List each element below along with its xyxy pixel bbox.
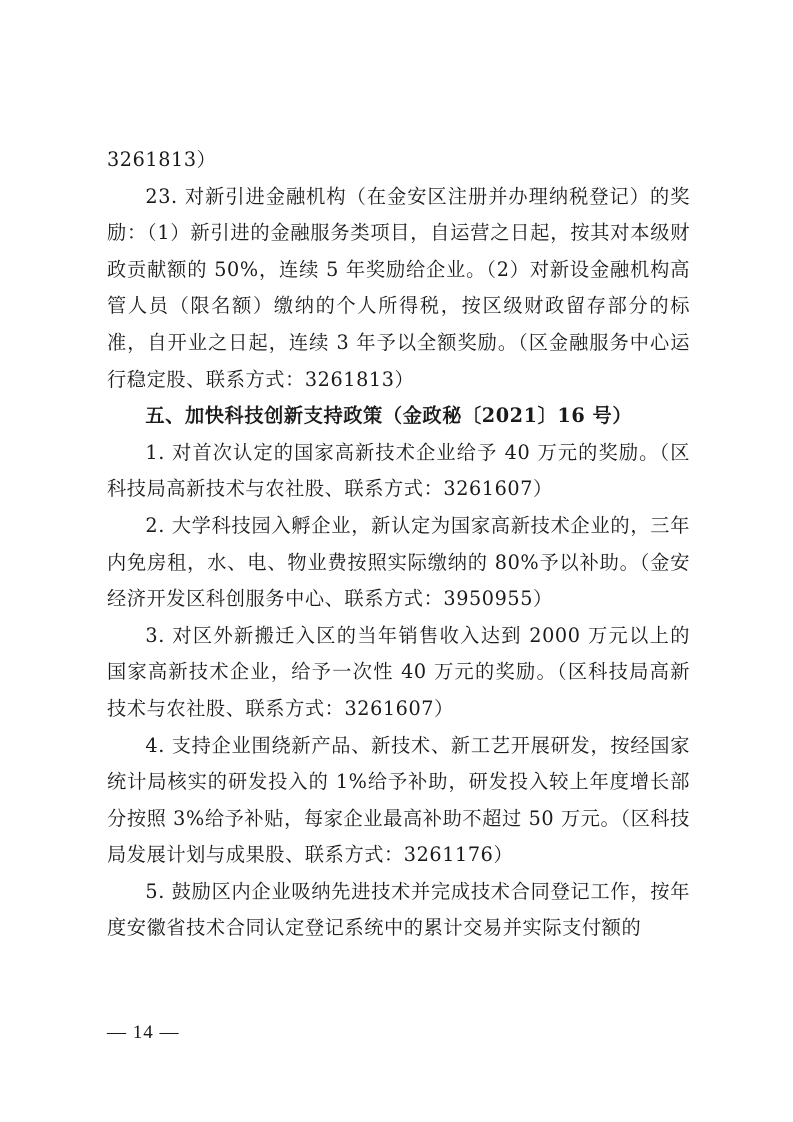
continuation-text: 3261813） [107,142,690,179]
document-body: 3261813） 23. 对新引进金融机构（在金安区注册并办理纳税登记）的奖励：… [107,142,690,947]
paragraph-23: 23. 对新引进金融机构（在金安区注册并办理纳税登记）的奖励：（1）新引进的金融… [107,179,690,399]
list-item-4: 4. 支持企业围绕新产品、新技术、新工艺开展研发，按经国家统计局核实的研发投入的… [107,728,690,874]
list-item-3: 3. 对区外新搬迁入区的当年销售收入达到 2000 万元以上的国家高新技术企业，… [107,618,690,728]
list-item-5: 5. 鼓励区内企业吸纳先进技术并完成技术合同登记工作，按年度安徽省技术合同认定登… [107,874,690,947]
list-item-1: 1. 对首次认定的国家高新技术企业给予 40 万元的奖励。（区科技局高新技术与农… [107,435,690,508]
section-heading: 五、加快科技创新支持政策（金政秘〔2021〕16 号） [107,398,690,435]
page-number: — 14 — [107,1022,180,1044]
list-item-2: 2. 大学科技园入孵企业，新认定为国家高新技术企业的，三年内免房租，水、电、物业… [107,508,690,618]
